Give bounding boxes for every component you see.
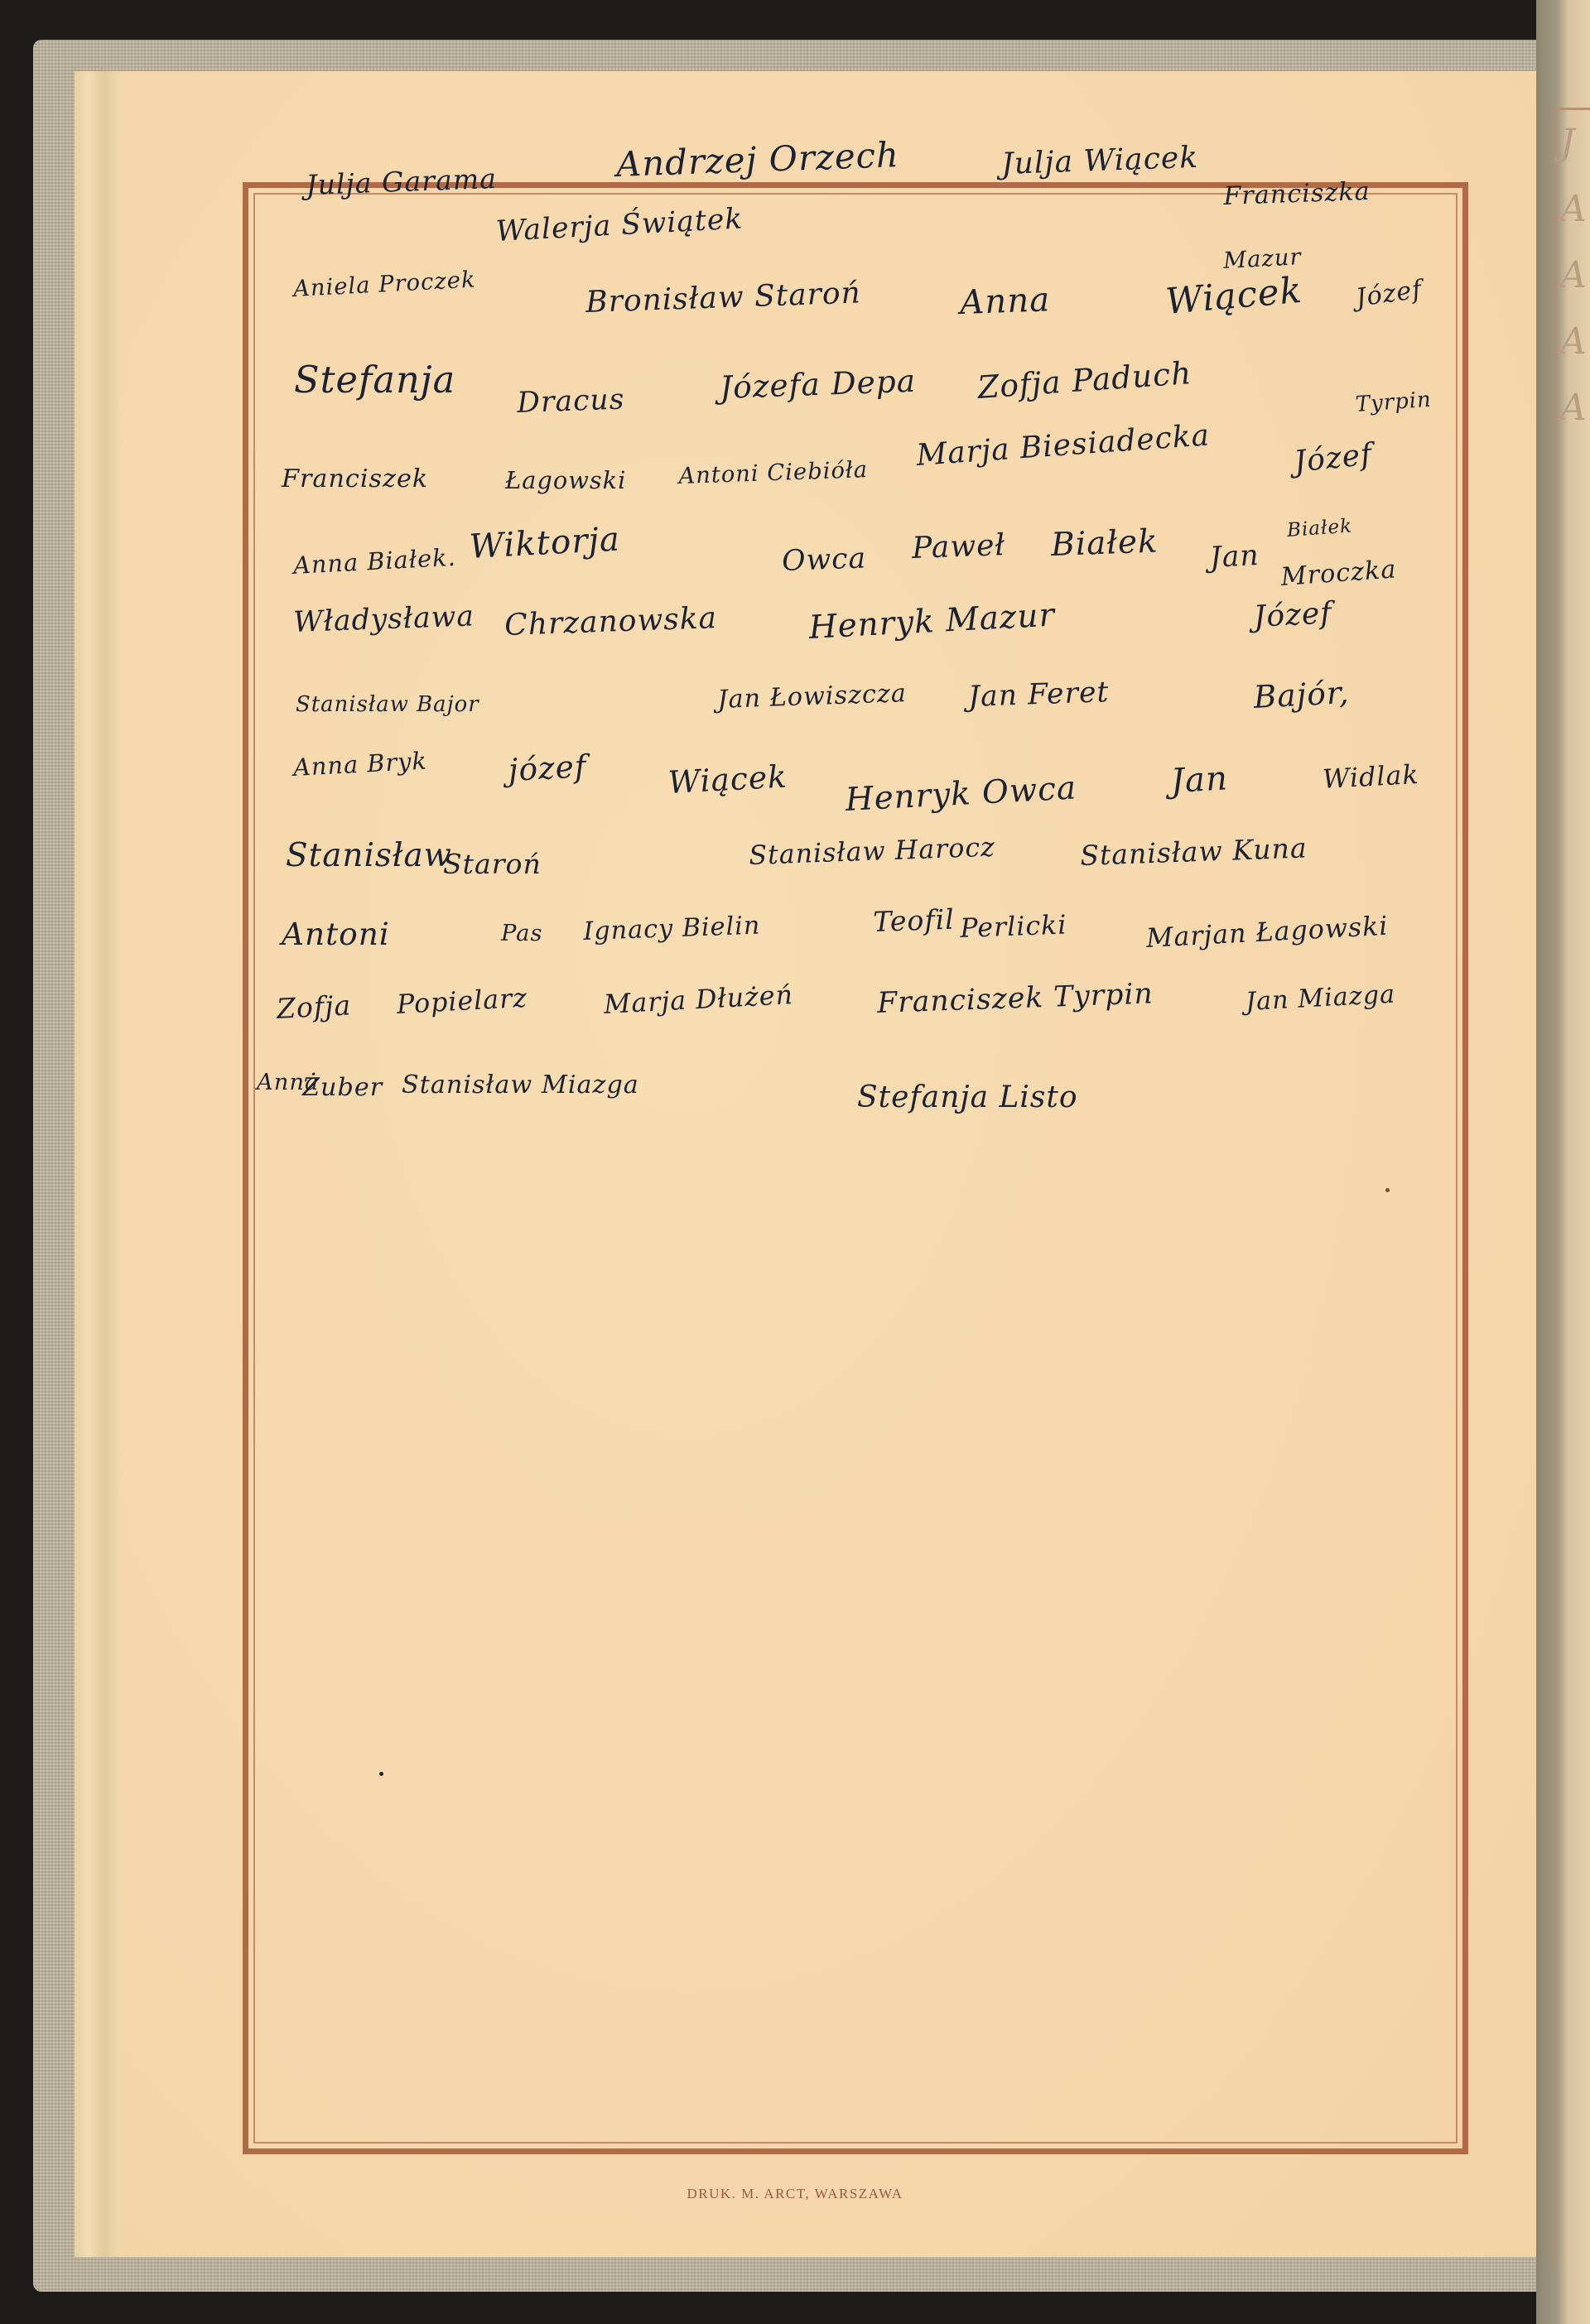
signature: Białek <box>1286 516 1353 541</box>
signature: Tyrpin <box>1355 387 1433 417</box>
signature: Franciszka <box>1223 177 1371 211</box>
signature: Julja Garama <box>306 162 498 201</box>
signature: Łagowski <box>505 466 626 494</box>
signature: Stefanja Listo <box>857 1080 1078 1114</box>
signature: Pas <box>501 921 543 946</box>
signature: Julja Wiącek <box>1001 141 1199 181</box>
signature: Władysława <box>293 599 475 639</box>
signature: Dracus <box>517 383 625 420</box>
signature: Wiącek <box>667 758 788 801</box>
signature: Jan <box>1209 539 1260 575</box>
signature: Wiktorja <box>469 520 622 566</box>
signature: Antoni <box>282 916 390 952</box>
inner-border <box>253 193 1457 2144</box>
signature: Anna <box>959 280 1051 322</box>
signature: Owca <box>782 541 867 578</box>
ornament-letter: A <box>1557 309 1590 375</box>
signature: Białek <box>1050 523 1159 564</box>
page-edges <box>75 71 124 2257</box>
signature: Jan <box>1170 758 1230 801</box>
ornament-letter: A <box>1557 176 1590 243</box>
signature: Stanisław <box>286 837 452 874</box>
signature: Jan Feret <box>968 676 1110 714</box>
paper-speck <box>379 1772 383 1776</box>
signature: Bajór, <box>1253 674 1351 715</box>
signature: Perlicki <box>960 911 1067 944</box>
signature: Żuber <box>302 1073 383 1102</box>
signature: Stefanja <box>294 358 455 402</box>
signature: Paweł <box>912 528 1006 565</box>
printer-imprint: DRUK. M. ARCT, WARSZAWA <box>0 2186 1590 2202</box>
ornament-letter: A <box>1557 243 1590 309</box>
signature: Ignacy Bielin <box>583 912 761 946</box>
signature: józef <box>508 748 588 788</box>
signature: Teofil <box>873 903 956 938</box>
ornament-letter: A <box>1557 375 1590 441</box>
signature: Mazur <box>1222 244 1302 274</box>
signature: Franciszek <box>282 464 428 493</box>
facing-page-edge: J A A A A <box>1536 0 1590 2324</box>
signature: Widlak <box>1322 760 1419 795</box>
paper-speck <box>1385 1188 1390 1192</box>
signature: Józef <box>1253 596 1333 634</box>
decorative-ornament-icon: J A A A A <box>1554 108 1590 2263</box>
ornament-letter: J <box>1557 110 1590 176</box>
signature: Zofja <box>276 989 352 1025</box>
signature: Józefa Depa <box>719 363 916 406</box>
signature: Stanisław Bajor <box>296 692 479 717</box>
signature: Staroń <box>443 848 542 880</box>
signature: Stanisław Miazga <box>402 1071 639 1099</box>
